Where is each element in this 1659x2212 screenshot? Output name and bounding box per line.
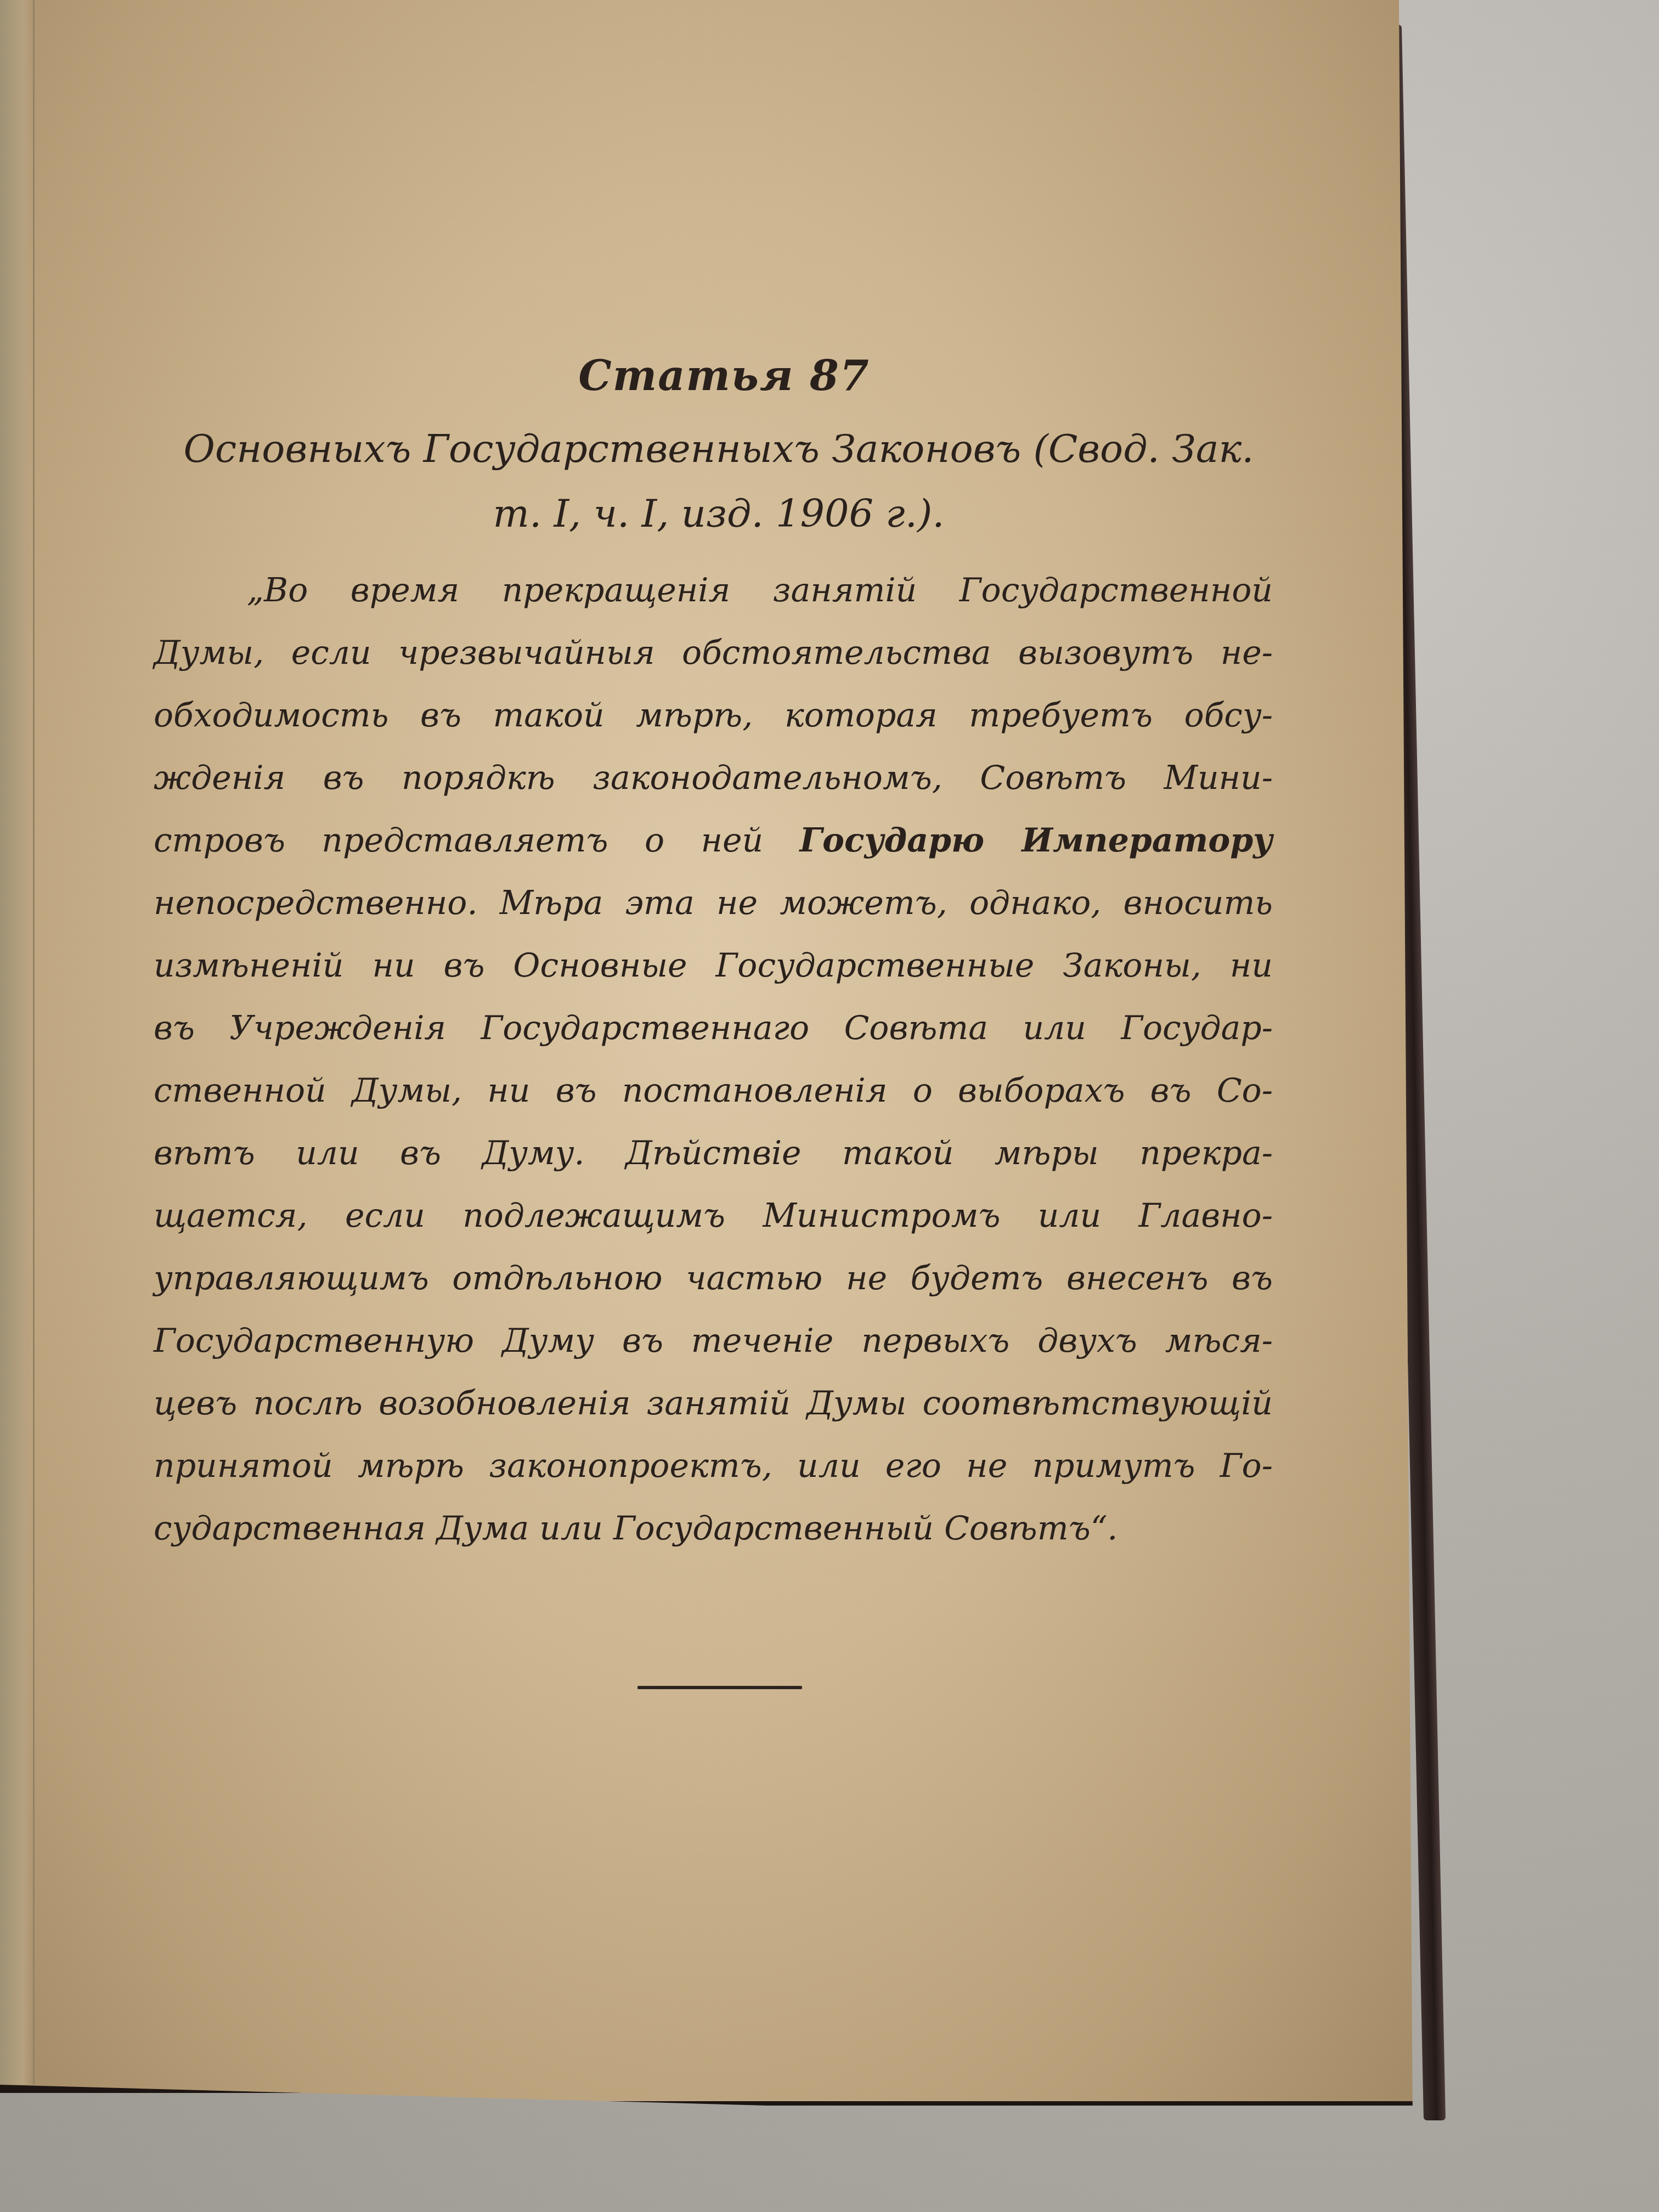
- emphasized-title: Государю Императору: [800, 821, 1273, 860]
- quote-line: цевъ послѣ возобновленія занятій Думы со…: [154, 1372, 1273, 1435]
- left-page-gutter: [0, 0, 35, 2085]
- page-text-block: Статья 87 Основныхъ Государственныхъ Зак…: [154, 351, 1273, 1560]
- quote-line: Государственную Думу въ теченіе первыхъ …: [154, 1310, 1273, 1372]
- article-source-line-1: Основныхъ Государственныхъ Законовъ (Сво…: [165, 416, 1273, 481]
- quote-line: вѣтъ или въ Думу. Дѣйствіе такой мѣры пр…: [154, 1122, 1273, 1184]
- quote-line-text: стровъ представляетъ о ней: [154, 821, 800, 860]
- article-quote: „Во время прекращенія занятій Государств…: [154, 559, 1273, 1560]
- quote-line: въ Учрежденія Государственнаго Совѣта ил…: [154, 997, 1273, 1059]
- section-divider-rule: [637, 1686, 802, 1689]
- quote-line: стровъ представляетъ о ней Государю Импе…: [154, 809, 1273, 872]
- article-source: Основныхъ Государственныхъ Законовъ (Сво…: [165, 416, 1273, 546]
- quote-line: жденія въ порядкѣ законодательномъ, Совѣ…: [154, 747, 1273, 809]
- article-source-line-2: т. I, ч. I, изд. 1906 г.).: [165, 481, 1273, 546]
- quote-line: принятой мѣрѣ законопроектъ, или его не …: [154, 1435, 1273, 1497]
- quote-line: обходимость въ такой мѣрѣ, которая требу…: [154, 684, 1273, 747]
- article-heading: Статья 87: [176, 351, 1273, 400]
- quote-line: ственной Думы, ни въ постановленія о выб…: [154, 1059, 1273, 1122]
- quote-line: „Во время прекращенія занятій Государств…: [154, 559, 1273, 622]
- quote-line: сударственная Дума или Государственный С…: [154, 1497, 1273, 1560]
- quote-line: непосредственно. Мѣра эта не можетъ, одн…: [154, 872, 1273, 934]
- quote-line: Думы, если чрезвычайныя обстоятельства в…: [154, 622, 1273, 684]
- book-page: Статья 87 Основныхъ Государственныхъ Зак…: [0, 0, 1413, 2101]
- quote-line: измѣненій ни въ Основные Государственные…: [154, 934, 1273, 997]
- quote-line: управляющимъ отдѣльною частью не будетъ …: [154, 1247, 1273, 1310]
- quote-line: щается, если подлежащимъ Министромъ или …: [154, 1184, 1273, 1247]
